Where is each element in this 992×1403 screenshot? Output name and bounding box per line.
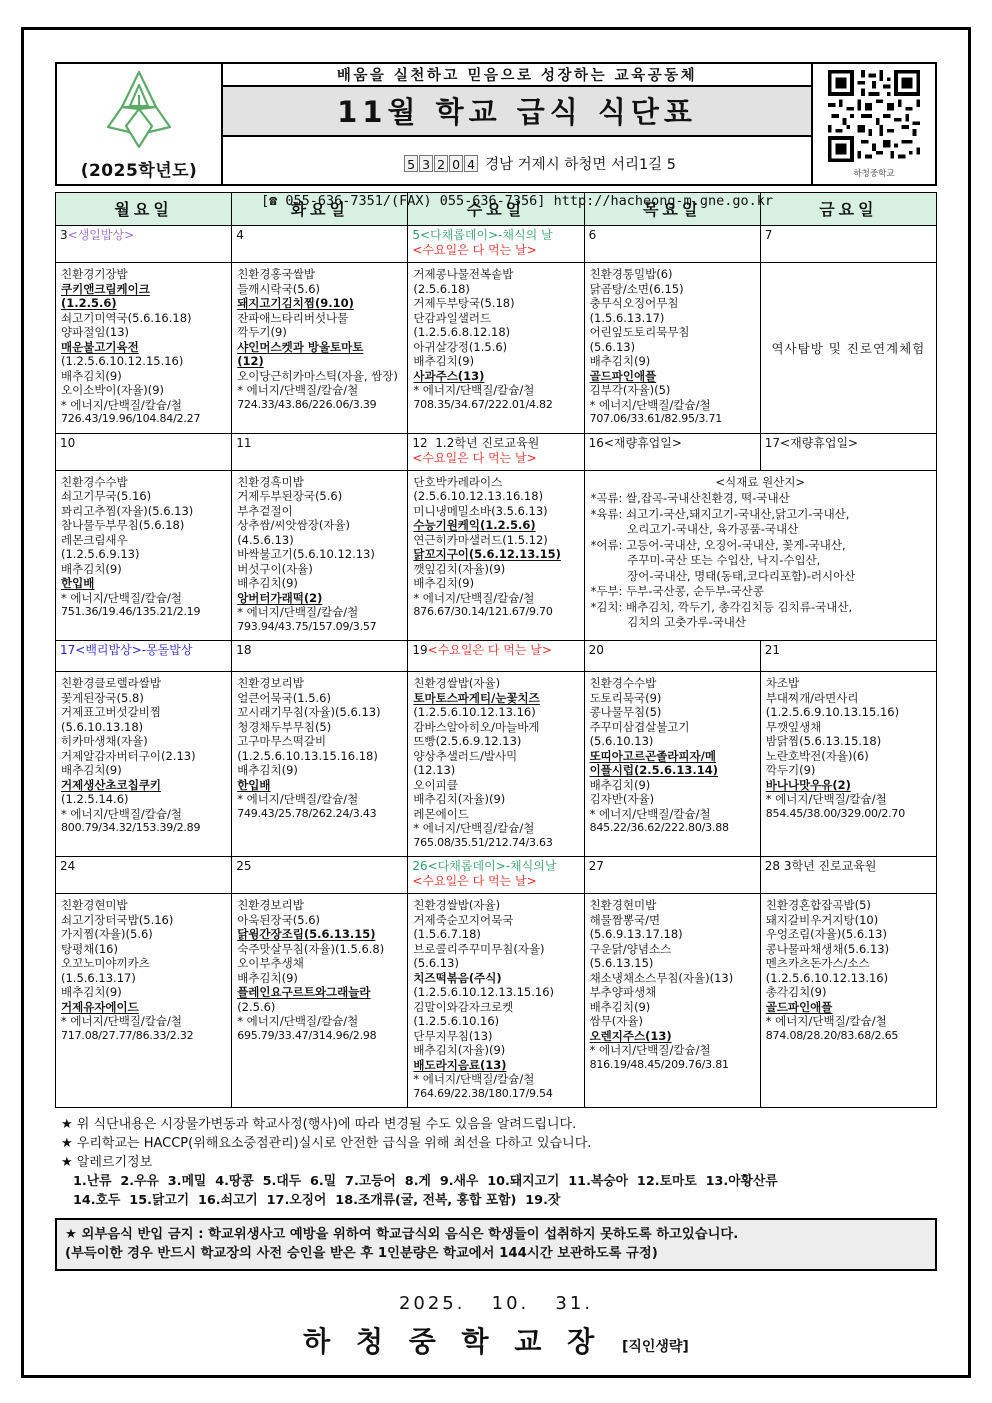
menu-row: 친환경클로렐라쌀밥꽃게된장국(5.8)거제표고버섯갈비찜(5.6.10.13.1… bbox=[56, 672, 937, 857]
menu-cell: 단호박카레라이스(2.5.6.10.12.13.16.18)미니냉메밀소바(3.… bbox=[408, 470, 584, 641]
page-title: 11월 학교 급식 식단표 bbox=[223, 85, 811, 137]
postal-code: 53204 bbox=[404, 155, 479, 173]
allergy-line: 14.호두 15.닭고기 16.쇠고기 17.오징어 18.조개류(굴, 전복,… bbox=[61, 1191, 933, 1210]
menu-cell: 친환경수수밥쇠고기무국(5.16)꽈리고추찜(자율)(5.6.13)참나물두부무… bbox=[56, 470, 232, 641]
note-line: ★ 우리학교는 HACCP(위해요소중점관리)실시로 안전한 급식을 위해 최선… bbox=[61, 1134, 933, 1153]
origin-cell: <식재료 원산지>*곡류: 쌀,잡곡-국내산친환경, 떡-국내산*육류: 쇠고기… bbox=[584, 470, 936, 641]
page-frame: (2025학년도) 배움을 실천하고 믿음으로 성장하는 교육공동체 11월 학… bbox=[21, 27, 971, 1378]
date-cell: 4 bbox=[232, 226, 408, 263]
date-cell: 10 bbox=[56, 433, 232, 470]
address-line: 53204경남 거제시 하청면 서리1길 5 bbox=[223, 137, 811, 190]
note-line: ★ 알레르기정보 bbox=[61, 1153, 933, 1172]
stamp-note: [직인생략] bbox=[622, 1339, 689, 1355]
postal-digit: 3 bbox=[419, 155, 433, 172]
date-cell: 19<수요일은 다 먹는 날> bbox=[408, 641, 584, 672]
date-cell: 20 bbox=[584, 641, 760, 672]
date-cell: 3<생일밥상> bbox=[56, 226, 232, 263]
menu-cell: 친환경쌀밥(자율)거제죽순꼬지어묵국(1.5.6.7.18)브로콜리주꾸미무침(… bbox=[408, 894, 584, 1108]
menu-cell: 친환경혼합잡곡밥(5)돼지갈비우거지탕(10)우엉조림(자율)(5.6.13)콩… bbox=[760, 894, 936, 1108]
header-banner: (2025학년도) 배움을 실천하고 믿음으로 성장하는 교육공동체 11월 학… bbox=[55, 62, 937, 186]
warning-line: ★ 외부음식 반입 금지 : 학교위생사고 예방을 위하여 학교급식외 음식은 … bbox=[65, 1225, 927, 1244]
menu-cell: 친환경기장밥쿠키앤크림케이크(1.2.5.6)쇠고기미역국(5.6.16.18)… bbox=[56, 263, 232, 434]
menu-row: 친환경수수밥쇠고기무국(5.16)꽈리고추찜(자율)(5.6.13)참나물두부무… bbox=[56, 470, 937, 641]
date-row: 101112 1.2학년 진로교육원<수요일은 다 먹는 날>16<재량휴업일>… bbox=[56, 433, 937, 470]
note-line: ★ 위 식단내용은 시장물가변동과 학교사정(행사)에 따라 변경될 수도 있음… bbox=[61, 1115, 933, 1134]
menu-cell: 친환경홍국쌀밥들깨시락국(5.6)돼지고기김치찜(9.10)잔파애느타리버섯나물… bbox=[232, 263, 408, 434]
qr-code-icon bbox=[828, 70, 920, 166]
postal-digit: 0 bbox=[449, 155, 463, 172]
date-cell: 17<백리밥상>-몽돌밥상 bbox=[56, 641, 232, 672]
date-row: 3<생일밥상>45<다채롭데이>-채식의 날<수요일은 다 먹는 날>67 bbox=[56, 226, 937, 263]
date-cell: 6 bbox=[584, 226, 760, 263]
qr-cell: 하청중학교 bbox=[811, 64, 935, 184]
school-slogan: 배움을 실천하고 믿음으로 성장하는 교육공동체 bbox=[223, 64, 811, 85]
menu-cell: 친환경흑미밥거제두부된장국(5.6)부추겉절이상추쌈/씨앗쌈장(자율)(4.5.… bbox=[232, 470, 408, 641]
date-cell: 5<다채롭데이>-채식의 날<수요일은 다 먹는 날> bbox=[408, 226, 584, 263]
menu-cell: 친환경통밀밥(6)닭곰탕/소면(6.15)충무식오징어무침(1.5.6.13.1… bbox=[584, 263, 760, 434]
warning-box: ★ 외부음식 반입 금지 : 학교위생사고 예방을 위하여 학교급식외 음식은 … bbox=[55, 1218, 937, 1271]
year-label: (2025학년도) bbox=[81, 156, 198, 181]
signature-date: 2025. 10. 31. bbox=[55, 1293, 937, 1314]
date-cell: 24 bbox=[56, 857, 232, 894]
logo-cell: (2025학년도) bbox=[57, 64, 223, 184]
menu-row: 친환경현미밥쇠고기장터국밥(5.16)가지찜(자율)(5.6)탕평채(16)오꼬… bbox=[56, 894, 937, 1108]
menu-cell: 친환경클로렐라쌀밥꽃게된장국(5.8)거제표고버섯갈비찜(5.6.10.13.1… bbox=[56, 672, 232, 857]
menu-cell: 친환경쌀밥(자율)토마토스파게티/눈꽃치즈(1.2.5.6.10.12.13.1… bbox=[408, 672, 584, 857]
date-cell: 28 3학년 진로교육원 bbox=[760, 857, 936, 894]
menu-cell: 친환경현미밥해물짬뽕국/면(5.6.9.13.17.18)구운닭/양념소스(5.… bbox=[584, 894, 760, 1108]
postal-digit: 4 bbox=[464, 155, 478, 172]
qr-caption: 하청중학교 bbox=[853, 167, 894, 179]
menu-cell: 친환경보리밥얼큰어묵국(1.5.6)꼬시래기무침(자율)(5.6.13)청경채두… bbox=[232, 672, 408, 857]
menu-cell: 차조밥부대찌개/라면사리(1.2.5.6.9.10.13.15.16)무깻잎생채… bbox=[760, 672, 936, 857]
principal-name: 하 청 중 학 교 장 bbox=[303, 1325, 602, 1358]
menu-table: 월요일화요일수요일목요일금요일3<생일밥상>45<다채롭데이>-채식의 날<수요… bbox=[55, 192, 937, 1108]
address-text: 경남 거제시 하청면 서리1길 5 bbox=[485, 157, 676, 173]
menu-cell: 친환경보리밥아욱된장국(5.6)닭윙간장조림(5.6.13.15)숙주맛살무침(… bbox=[232, 894, 408, 1108]
date-cell: 12 1.2학년 진로교육원<수요일은 다 먹는 날> bbox=[408, 433, 584, 470]
school-logo-icon bbox=[99, 69, 179, 155]
postal-digit: 5 bbox=[404, 155, 418, 172]
menu-cell: 친환경현미밥쇠고기장터국밥(5.16)가지찜(자율)(5.6)탕평채(16)오꼬… bbox=[56, 894, 232, 1108]
date-row: 17<백리밥상>-몽돌밥상1819<수요일은 다 먹는 날>2021 bbox=[56, 641, 937, 672]
date-cell: 27 bbox=[584, 857, 760, 894]
postal-digit: 2 bbox=[434, 155, 448, 172]
date-cell: 7 bbox=[760, 226, 936, 263]
banner-center: 배움을 실천하고 믿음으로 성장하는 교육공동체 11월 학교 급식 식단표 5… bbox=[223, 64, 811, 184]
date-cell: 25 bbox=[232, 857, 408, 894]
menu-row: 친환경기장밥쿠키앤크림케이크(1.2.5.6)쇠고기미역국(5.6.16.18)… bbox=[56, 263, 937, 434]
principal-signature: 하 청 중 학 교 장 [직인생략] bbox=[55, 1320, 937, 1360]
date-cell: 18 bbox=[232, 641, 408, 672]
allergy-line: 1.난류 2.우유 3.메밀 4.땅콩 5.대두 6.밀 7.고등어 8.게 9… bbox=[61, 1172, 933, 1191]
menu-cell: 거제콩나물전복솥밥(2.5.6.18)거제두부탕국(5.18)단감과일샐러드(1… bbox=[408, 263, 584, 434]
date-row: 242526<다채롭데이>-채식의날<수요일은 다 먹는 날>2728 3학년 … bbox=[56, 857, 937, 894]
notes: ★ 위 식단내용은 시장물가변동과 학교사정(행사)에 따라 변경될 수도 있음… bbox=[55, 1108, 937, 1216]
date-cell: 21 bbox=[760, 641, 936, 672]
signature-block: 2025. 10. 31. 하 청 중 학 교 장 [직인생략] bbox=[55, 1293, 937, 1360]
menu-cell: 친환경수수밥도토리묵국(9)콩나물무침(5)주꾸미삼겹살불고기(5.6.10.1… bbox=[584, 672, 760, 857]
date-cell: 16<재량휴업일> bbox=[584, 433, 760, 470]
date-cell: 11 bbox=[232, 433, 408, 470]
day-header: 월요일 bbox=[56, 193, 232, 226]
date-cell: 26<다채롭데이>-채식의날<수요일은 다 먹는 날> bbox=[408, 857, 584, 894]
date-cell: 17<재량휴업일> bbox=[760, 433, 936, 470]
warning-line: (부득이한 경우 반드시 학교장의 사전 승인을 받은 후 1인분량은 학교에서… bbox=[65, 1244, 927, 1263]
event-cell: 역사탐방 및 진로연계체험 bbox=[760, 263, 936, 434]
